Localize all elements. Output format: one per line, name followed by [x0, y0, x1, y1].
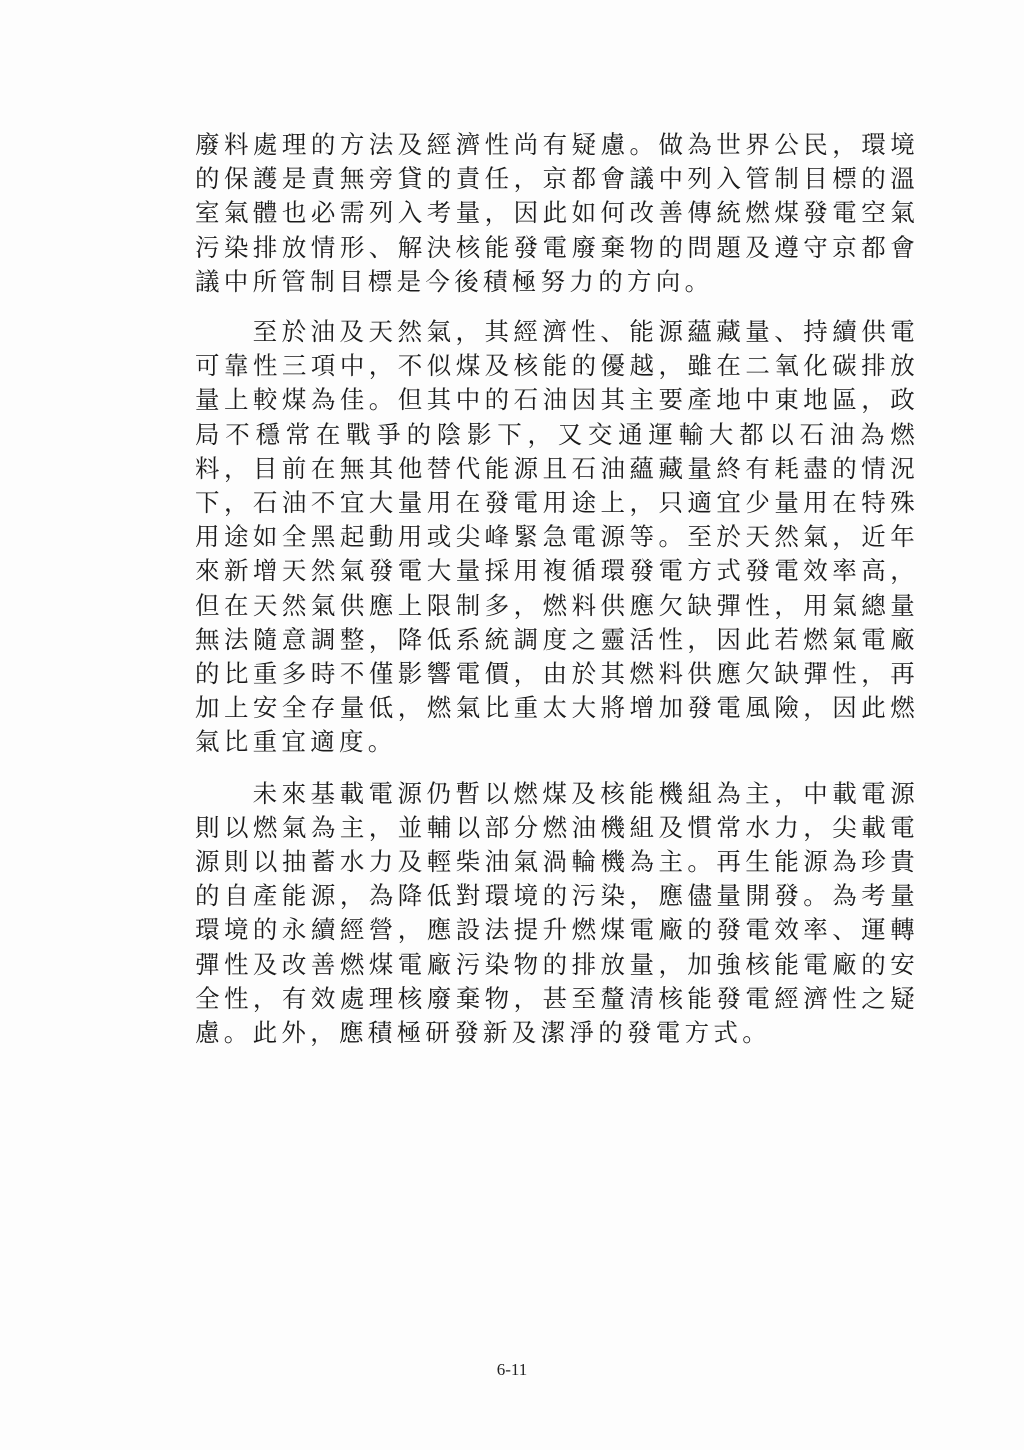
- paragraph-2: 至於油及天然氣，其經濟性、能源蘊藏量、持續供電可靠性三項中，不似煤及核能的優越，…: [195, 315, 919, 760]
- document-page-body: 廢料處理的方法及經濟性尚有疑慮。做為世界公民，環境的保護是責無旁貸的責任，京都會…: [195, 128, 919, 1050]
- paragraph-1: 廢料處理的方法及經濟性尚有疑慮。做為世界公民，環境的保護是責無旁貸的責任，京都會…: [195, 128, 919, 299]
- paragraph-3: 未來基載電源仍暫以燃煤及核能機組為主，中載電源則以燃氣為主，並輔以部分燃油機組及…: [195, 777, 919, 1051]
- page-number: 6-11: [0, 1360, 1024, 1380]
